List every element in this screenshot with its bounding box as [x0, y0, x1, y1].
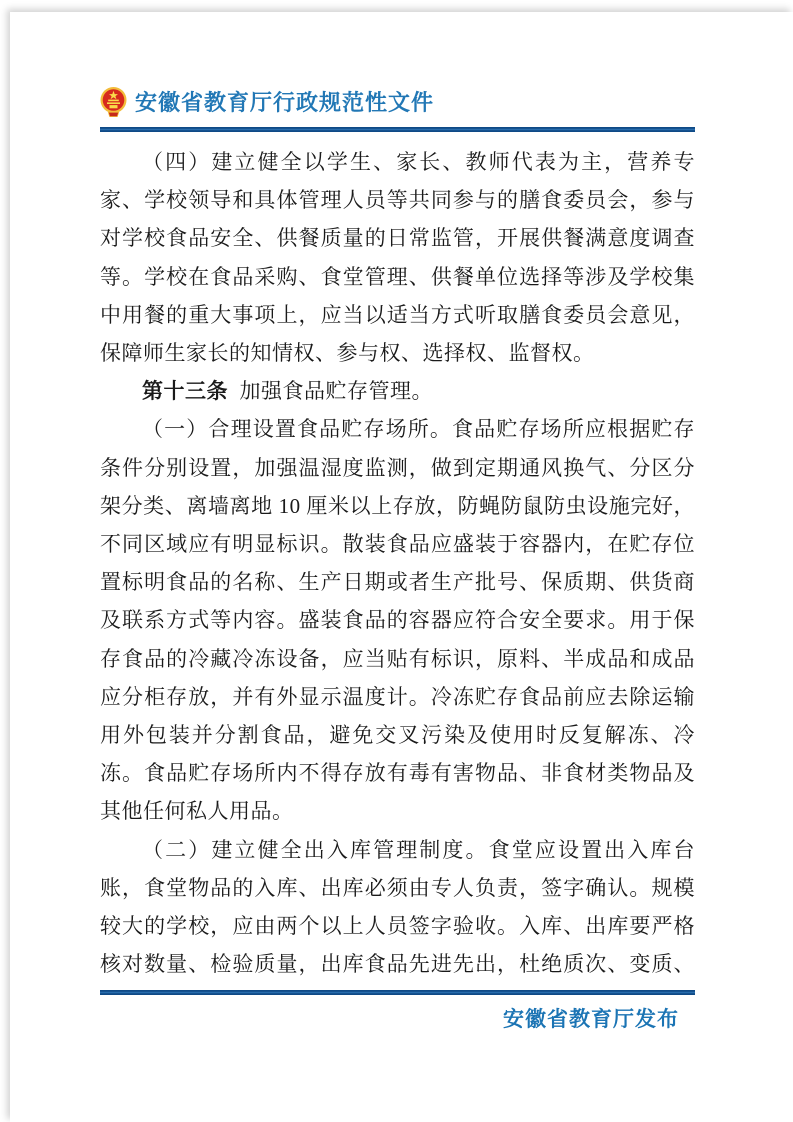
- document-content: 安徽省教育厅行政规范性文件 （四）建立健全以学生、家长、教师代表为主，营养专家、…: [100, 12, 695, 1033]
- footer-divider: [100, 990, 695, 995]
- china-national-emblem-icon: [100, 86, 127, 117]
- footer-publisher: 安徽省教育厅发布: [100, 1003, 695, 1033]
- article-number: 第十三条: [142, 379, 228, 403]
- document-page: 安徽省教育厅行政规范性文件 （四）建立健全以学生、家长、教师代表为主，营养专家、…: [10, 12, 793, 1122]
- document-header: 安徽省教育厅行政规范性文件: [100, 12, 695, 118]
- header-title: 安徽省教育厅行政规范性文件: [135, 86, 434, 117]
- paragraph: （一）合理设置食品贮存场所。食品贮存场所应根据贮存条件分别设置，加强温湿度监测，…: [100, 410, 695, 830]
- document-body: （四）建立健全以学生、家长、教师代表为主，营养专家、学校领导和具体管理人员等共同…: [100, 143, 695, 990]
- paragraph: （二）建立健全出入库管理制度。食堂应设置出入库台账，食堂物品的入库、出库必须由专…: [100, 831, 695, 990]
- header-divider: [100, 127, 695, 132]
- paragraph: 第十三条加强食品贮存管理。: [100, 372, 695, 410]
- paragraph: （四）建立健全以学生、家长、教师代表为主，营养专家、学校领导和具体管理人员等共同…: [100, 143, 695, 372]
